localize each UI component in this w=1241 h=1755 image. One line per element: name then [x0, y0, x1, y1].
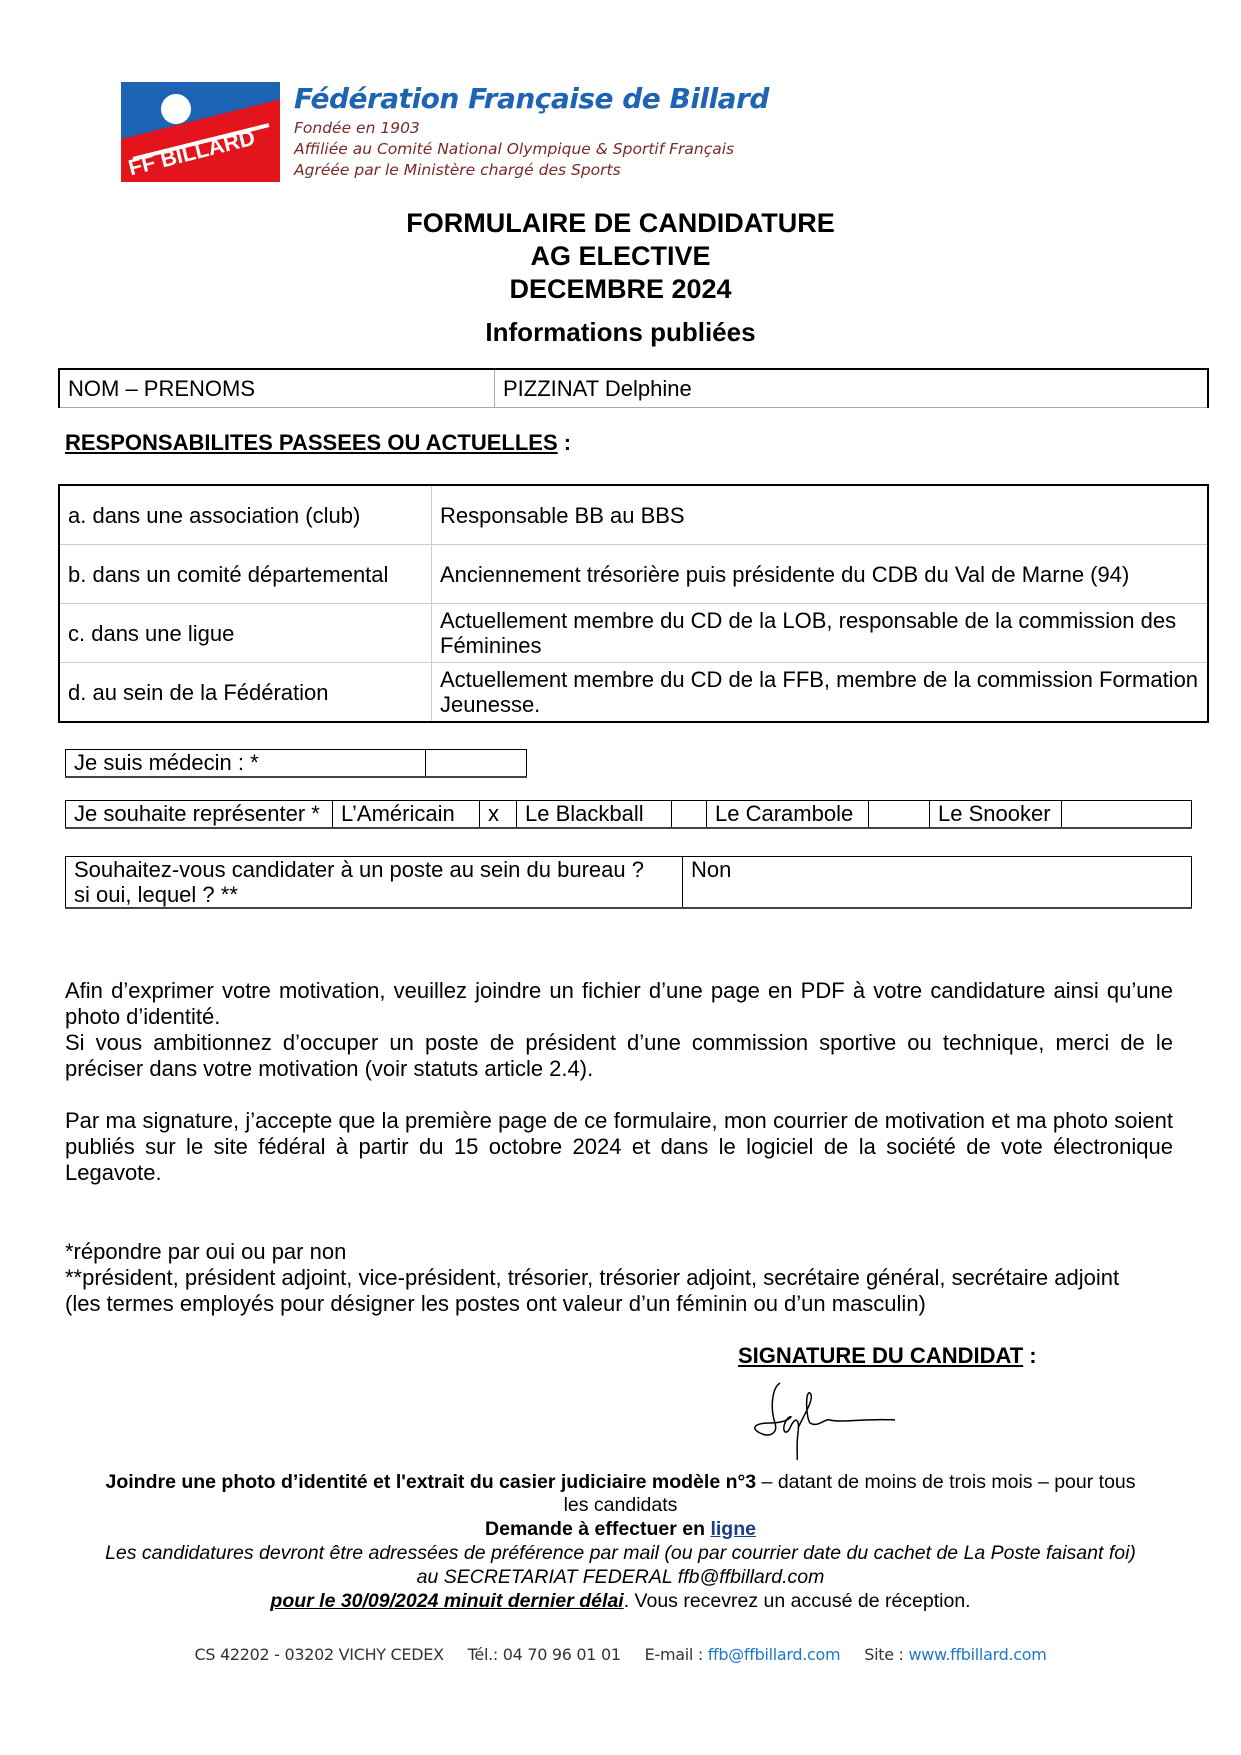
resp-label: b. dans un comité départemental [59, 545, 432, 604]
option-carambole-mark[interactable] [869, 801, 930, 829]
resp-value[interactable]: Responsable BB au BBS [432, 485, 1209, 545]
footer-address: CS 42202 - 03202 VICHY CEDEX [194, 1645, 443, 1664]
form-title: FORMULAIRE DE CANDIDATURE [0, 208, 1241, 239]
signature-image [740, 1378, 910, 1463]
option-carambole-label: Le Carambole [707, 801, 869, 829]
org-approval: Agréée par le Ministère chargé des Sport… [294, 161, 621, 179]
resp-value[interactable]: Anciennement trésorière puis présidente … [432, 545, 1209, 604]
footer-site-link[interactable]: www.ffbillard.com [908, 1645, 1046, 1664]
option-snooker-label: Le Snooker [930, 801, 1062, 829]
signature-heading: SIGNATURE DU CANDIDAT : [738, 1343, 1037, 1369]
medecin-value[interactable] [426, 750, 527, 778]
option-americain-label: L’Américain [333, 801, 480, 829]
option-blackball-mark[interactable] [672, 801, 707, 829]
online-link[interactable]: ligne [710, 1518, 756, 1540]
resp-label: a. dans une association (club) [59, 485, 432, 545]
name-label: NOM – PRENOMS [59, 369, 495, 408]
instructions-line-2: les candidats [0, 1494, 1241, 1518]
option-snooker-mark[interactable] [1062, 801, 1192, 829]
resp-value[interactable]: Actuellement membre du CD de la FFB, mem… [432, 663, 1209, 723]
form-subtitle: Informations publiées [0, 317, 1241, 348]
org-name: Fédération Française de Billard [294, 82, 769, 115]
form-title-ag: AG ELECTIVE [0, 241, 1241, 272]
table-row: d. au sein de la Fédération Actuellement… [59, 663, 1208, 723]
org-affiliation: Affiliée au Comité National Olympique & … [294, 140, 734, 158]
option-americain-mark[interactable]: x [480, 801, 517, 829]
instructions-line-3: Demande à effectuer en ligne [0, 1518, 1241, 1542]
responsibilities-heading: RESPONSABILITES PASSEES OU ACTUELLES : [65, 430, 571, 456]
footer-tel: 04 70 96 01 01 [503, 1645, 621, 1664]
notes: *répondre par oui ou par non **président… [65, 1239, 1173, 1317]
bureau-table: Souhaitez-vous candidater à un poste au … [65, 856, 1192, 909]
instructions-line-5: au SECRETARIAT FEDERAL ffb@ffbillard.com [0, 1566, 1241, 1590]
bureau-question: Souhaitez-vous candidater à un poste au … [66, 857, 683, 909]
table-row: a. dans une association (club) Responsab… [59, 485, 1208, 545]
resp-label: d. au sein de la Fédération [59, 663, 432, 723]
bureau-answer[interactable]: Non [683, 857, 1192, 909]
footer-email-link[interactable]: ffb@ffbillard.com [708, 1645, 841, 1664]
medecin-table: Je suis médecin : * [65, 749, 527, 778]
represent-label: Je souhaite représenter * [66, 801, 333, 829]
consent-paragraph: Par ma signature, j’accepte que la premi… [65, 1108, 1173, 1186]
instructions-line-1: Joindre une photo d’identité et l'extrai… [0, 1471, 1241, 1495]
resp-label: c. dans une ligue [59, 604, 432, 663]
motivation-paragraph: Afin d’exprimer votre motivation, veuill… [65, 978, 1173, 1082]
instructions-line-4: Les candidatures devront être adressées … [0, 1542, 1241, 1566]
option-blackball-label: Le Blackball [517, 801, 672, 829]
medecin-label: Je suis médecin : * [66, 750, 426, 778]
form-title-date: DECEMBRE 2024 [0, 274, 1241, 305]
ffb-logo: FF BILLARD [121, 82, 280, 182]
table-row: c. dans une ligue Actuellement membre du… [59, 604, 1208, 663]
name-value[interactable]: PIZZINAT Delphine [495, 369, 1209, 408]
name-table: NOM – PRENOMS PIZZINAT Delphine [58, 368, 1209, 408]
org-founded: Fondée en 1903 [294, 119, 420, 137]
table-row: b. dans un comité départemental Ancienne… [59, 545, 1208, 604]
instructions-line-6: pour le 30/09/2024 minuit dernier délai.… [0, 1590, 1241, 1614]
resp-value[interactable]: Actuellement membre du CD de la LOB, res… [432, 604, 1209, 663]
footer: CS 42202 - 03202 VICHY CEDEX Tél.: 04 70… [0, 1645, 1241, 1664]
responsibilities-table: a. dans une association (club) Responsab… [58, 484, 1209, 723]
represent-table: Je souhaite représenter * L’Américain x … [65, 800, 1192, 829]
